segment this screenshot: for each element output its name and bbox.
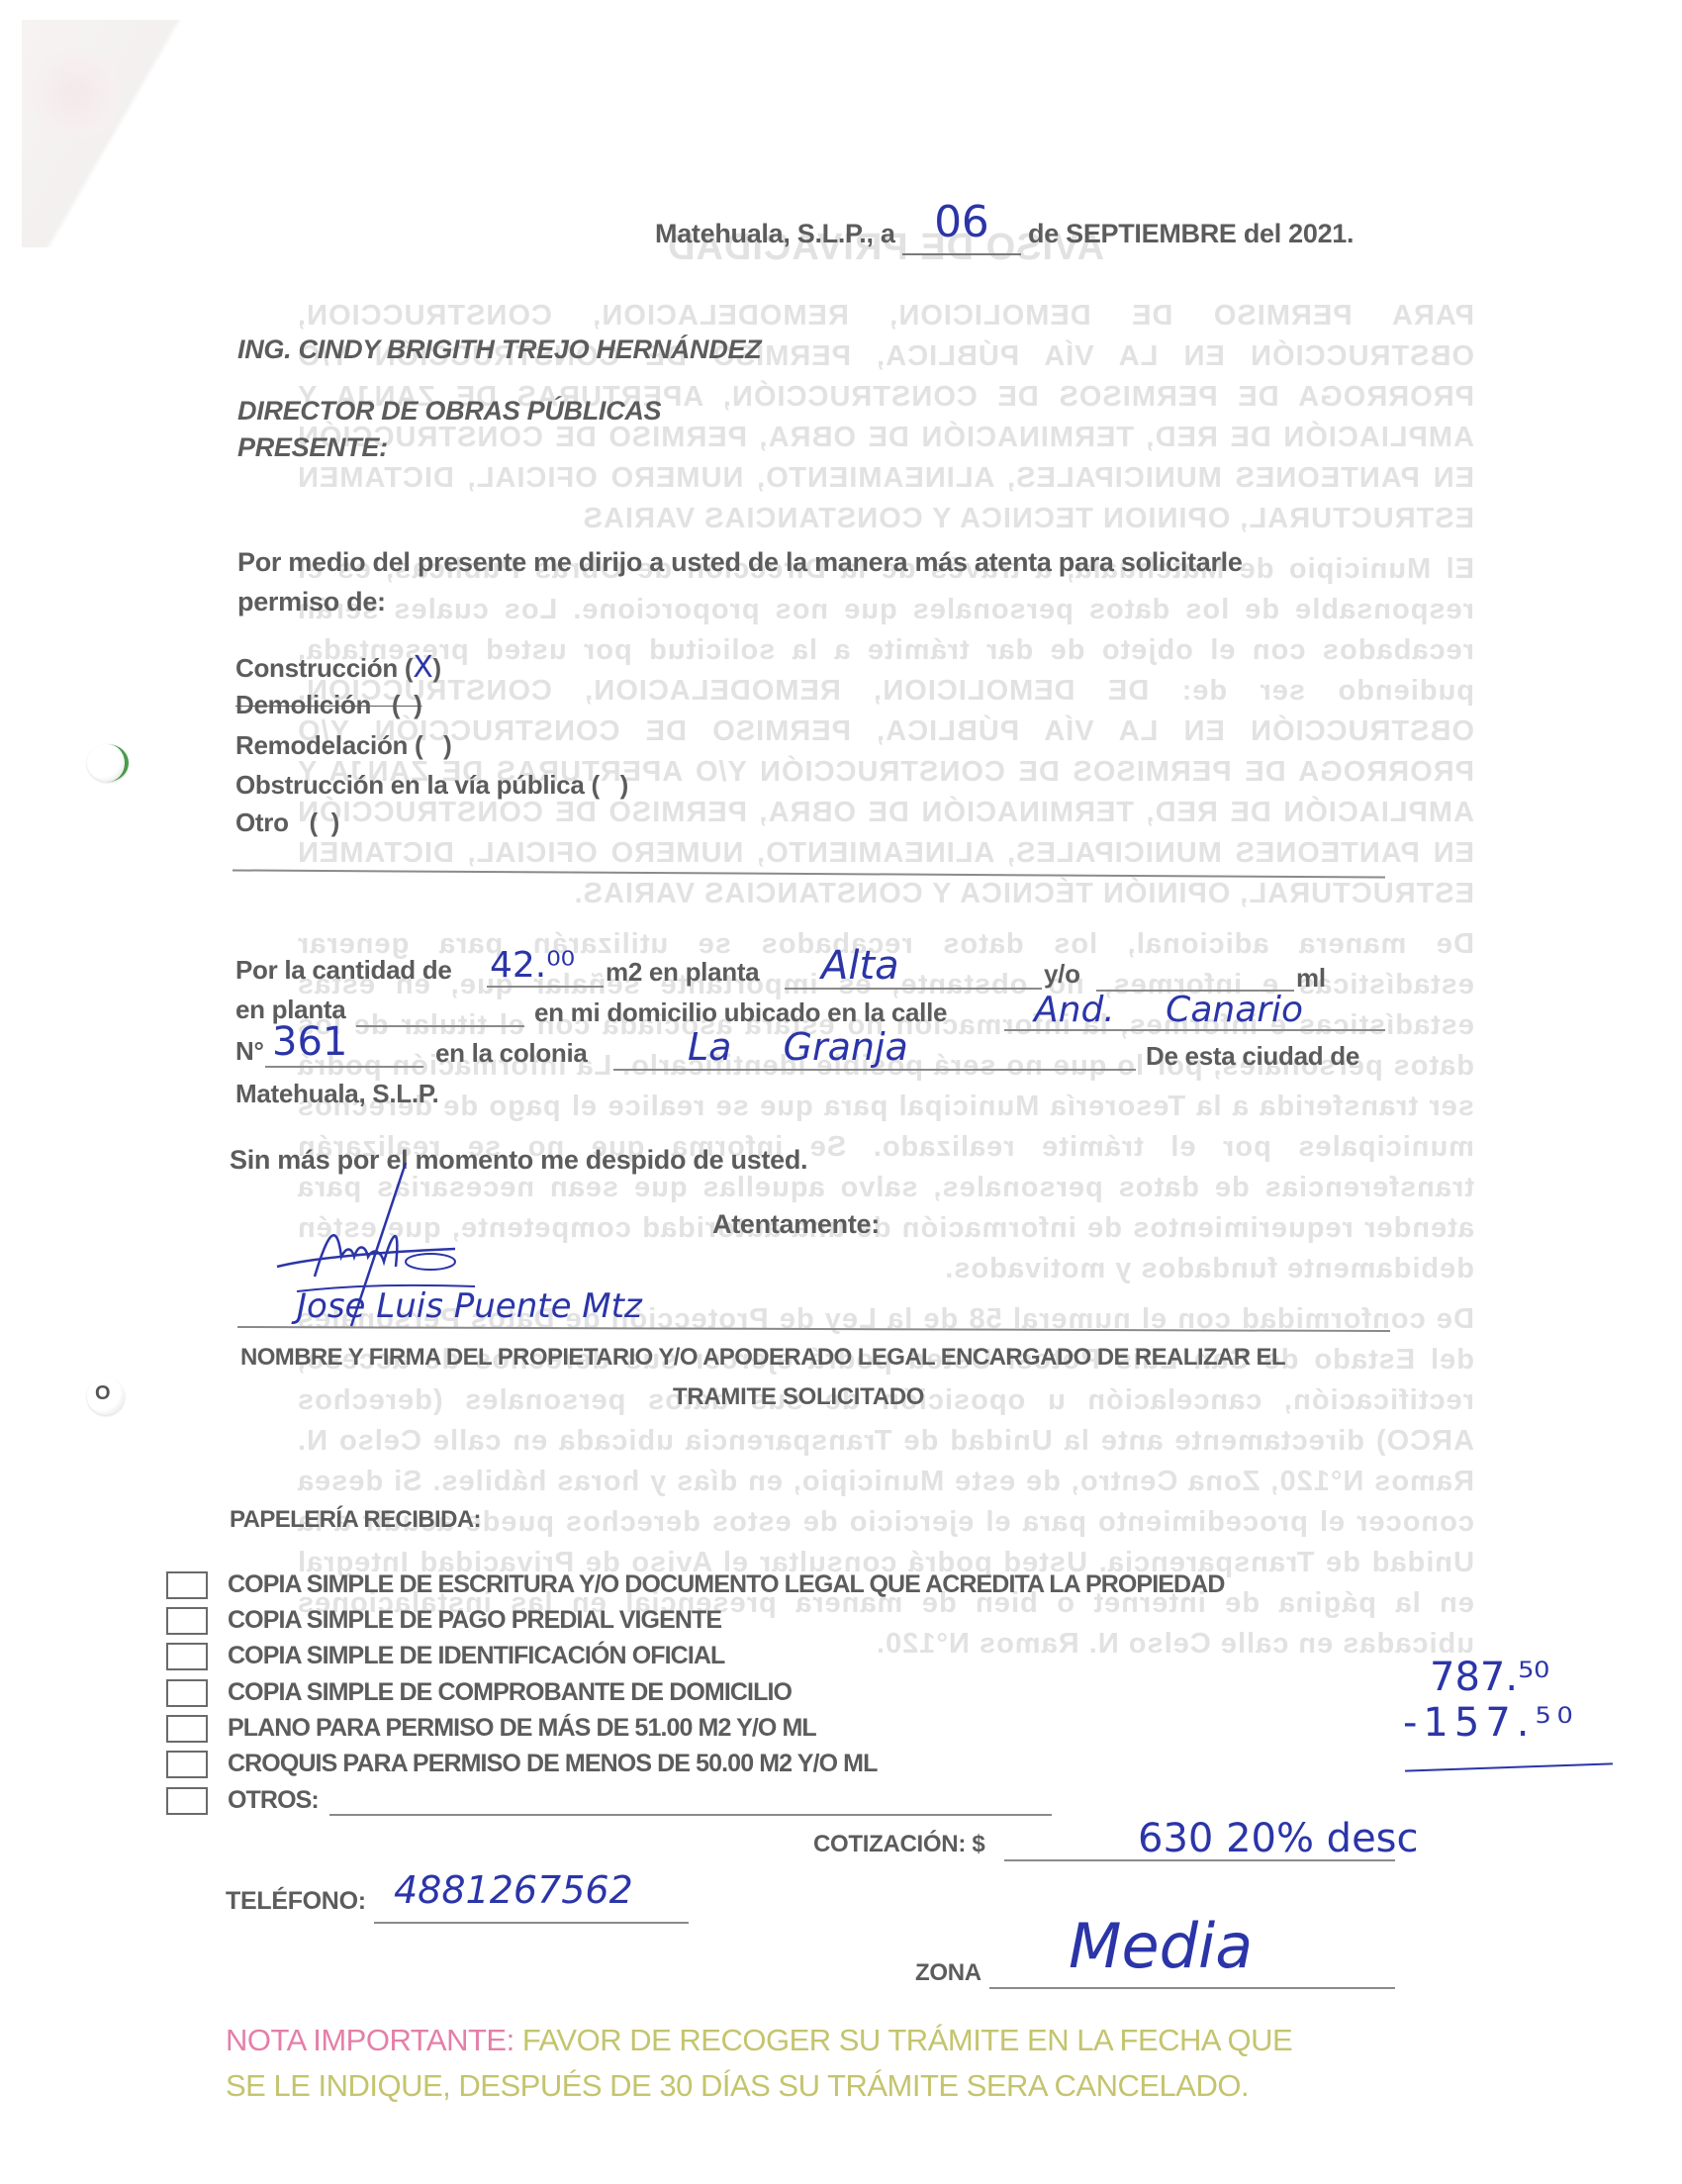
planta-value: Alta [821,943,899,989]
nota-label: NOTA IMPORTANTE: [226,2023,514,2057]
papeleria-title: PAPELERÍA RECIBIDA: [230,1506,481,1534]
recipient-position: DIRECTOR DE OBRAS PÚBLICAS [237,396,661,427]
recipient-greeting: PRESENTE: [237,432,388,463]
papeleria-item: COPIA SIMPLE DE COMPROBANTE DE DOMICILIO [228,1678,792,1707]
zona-value: Media [1069,1910,1253,1982]
nota-line-2: SE LE INDIQUE, DESPUÉS DE 30 DÍAS SU TRÁ… [226,2068,1249,2104]
cantidad-row: Por la cantidad de [235,955,452,986]
permit-label: Construcción [235,653,398,683]
signature-caption-line-2: TRAMITE SOLICITADO [673,1383,924,1411]
day-field[interactable]: 06 [902,203,1021,255]
permit-option-demolicion[interactable]: Demolición ( ) [235,690,421,720]
calle-value: And. Canario [1034,990,1303,1030]
date-line: Matehuala, S.L.P., a 06 de SEPTIEMBRE de… [655,203,1354,255]
nota-text: FAVOR DE RECOGER SU TRÁMITE EN LA FECHA … [522,2023,1292,2057]
permit-check-mark: X [413,650,432,685]
permit-label: Obstrucción en la vía pública [235,770,585,800]
cantidad-field[interactable] [487,986,604,988]
permit-option-construccion[interactable]: Construcción (X) [235,650,441,685]
papeleria-checkbox[interactable] [166,1787,208,1815]
permit-label: Otro [235,807,289,837]
atentamente-label: Atentamente: [712,1209,880,1240]
intro-line-2: permiso de: [237,587,386,617]
intro-line-1: Por medio del presente me dirijo a usted… [237,547,1243,578]
telefono-value: 4881267562 [394,1868,633,1912]
telefono-label: TELÉFONO: [226,1887,366,1916]
colonia-label: en la colonia [435,1038,588,1069]
colonia-value: La Granja [688,1025,908,1069]
m2-label: m2 en planta [606,957,759,988]
otros-field[interactable] [329,1814,1052,1816]
cotizacion-value: 630 20% desc [1138,1816,1419,1861]
papeleria-checkbox[interactable] [166,1679,208,1707]
papeleria-item: COPIA SIMPLE DE ESCRITURA Y/O DOCUMENTO … [228,1570,1224,1599]
en-planta-field[interactable] [356,1025,524,1027]
calc-underline [1405,1762,1613,1771]
papeleria-item: OTROS: [228,1786,319,1815]
cotizacion-label: COTIZACIÓN: $ [813,1831,984,1858]
papeleria-item: COPIA SIMPLE DE PAGO PREDIAL VIGENTE [228,1606,721,1635]
telefono-field[interactable] [374,1922,689,1924]
date-suffix: de SEPTIEMBRE del 2021. [1028,219,1354,248]
permit-option-obstruccion[interactable]: Obstrucción en la vía pública ( ) [235,770,628,801]
numero-field[interactable] [265,1066,423,1068]
signer-name: Jose Luis Puente Mtz [297,1286,642,1326]
zona-label: ZONA [915,1959,981,1987]
hole-punch-icon: O [87,1377,125,1415]
permit-option-otro[interactable]: Otro ( ) [235,807,339,838]
hole-punch-icon [87,744,129,782]
papeleria-checkbox[interactable] [166,1751,208,1778]
papeleria-item: PLANO PARA PERMISO DE MÁS DE 51.00 M2 Y/… [228,1714,816,1743]
zona-field[interactable] [989,1987,1395,1989]
stamp-mark [32,40,121,148]
numero-label: N° [235,1036,264,1067]
signature-caption-line-1: NOMBRE Y FIRMA DEL PROPIETARIO Y/O APODE… [240,1344,1285,1372]
numero-value: 361 [272,1019,347,1065]
ciudad-label: De esta ciudad de [1146,1041,1359,1072]
recipient-name: ING. CINDY BRIGITH TREJO HERNÁNDEZ [237,334,761,365]
permit-label: Remodelación [235,730,408,760]
day-value: 06 [934,197,988,247]
permit-option-remodelacion[interactable]: Remodelación ( ) [235,730,452,761]
colonia-field[interactable] [613,1069,1136,1071]
papeleria-item: CROQUIS PARA PERMISO DE MENOS DE 50.00 M… [228,1750,877,1778]
papeleria-checkbox[interactable] [166,1643,208,1670]
papeleria-item: COPIA SIMPLE DE IDENTIFICACIÓN OFICIAL [228,1642,724,1670]
cantidad-label: Por la cantidad de [235,955,452,985]
papeleria-checkbox[interactable] [166,1715,208,1743]
cantidad-value: 42.⁰⁰ [490,945,575,986]
calc-line-1: 787.⁵⁰ [1430,1655,1549,1700]
yo-label: y/o [1044,959,1080,990]
nota-line-1: NOTA IMPORTANTE: FAVOR DE RECOGER SU TRÁ… [226,2023,1292,2058]
bleed-paragraph: El Municipio de Matehuala, a través de l… [297,549,1474,914]
place-prefix: Matehuala, S.L.P., a [655,219,895,248]
papeleria-checkbox[interactable] [166,1607,208,1635]
permit-label: Demolición [235,690,371,719]
calc-line-2: -157.⁵⁰ [1403,1700,1579,1746]
papeleria-checkbox[interactable] [166,1571,208,1599]
ciudad-value: Matehuala, S.L.P. [235,1079,438,1109]
otro-specify-line[interactable] [233,869,1385,878]
domicilio-label: en mi domicilio ubicado en la calle [534,997,947,1028]
